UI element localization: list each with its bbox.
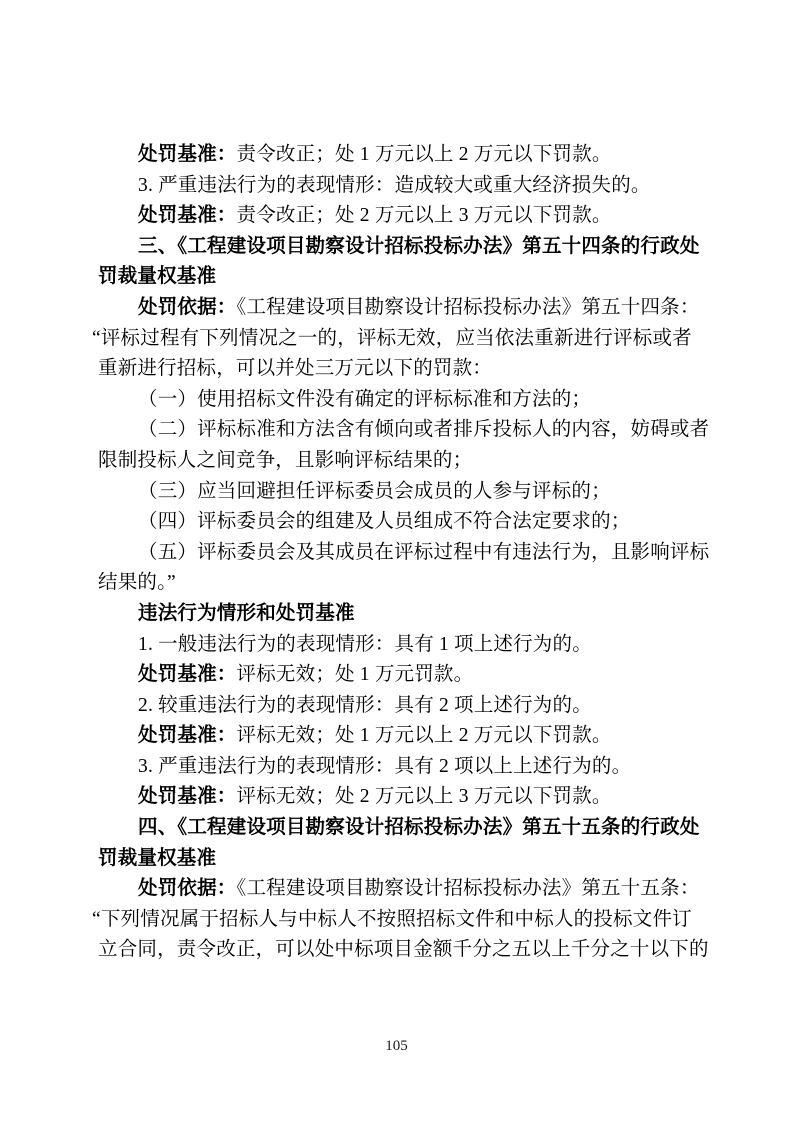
text-line: （五）评标委员会及其成员在评标过程中有违法行为，且影响评标 [98, 538, 698, 569]
bold-text-run: 罚裁量权基准 [98, 848, 216, 869]
text-line: （一）使用招标文件没有确定的评标标准和方法的； [98, 385, 698, 416]
text-line: 违法行为情形和处罚基准 [98, 599, 698, 630]
bold-text-run: 处罚基准： [138, 725, 237, 746]
bold-text-run: 处罚依据： [138, 297, 237, 318]
text-run: 结果的。” [98, 572, 176, 593]
bold-text-run: 三、《工程建设项目勘察设计招标投标办法》第五十四条的行政处 [138, 236, 700, 257]
text-line: 罚裁量权基准 [98, 262, 698, 293]
bold-text-run: 四、《工程建设项目勘察设计招标投标办法》第五十五条的行政处 [138, 817, 700, 838]
text-line: 立合同，责令改正，可以处中标项目金额千分之五以上千分之十以下的 [98, 935, 698, 966]
text-run: （五）评标委员会及其成员在评标过程中有违法行为，且影响评标 [138, 542, 709, 563]
bold-text-run: 违法行为情形和处罚基准 [138, 603, 355, 624]
text-run: 评标无效；处 2 万元以上 3 万元以下罚款。 [237, 786, 612, 807]
text-run: “评标过程有下列情况之一的，评标无效，应当依法重新进行评标或者 [92, 328, 692, 349]
bold-text-run: 处罚基准： [138, 205, 237, 226]
bold-text-run: 处罚基准： [138, 664, 237, 685]
text-line: 处罚基准：评标无效；处 2 万元以上 3 万元以下罚款。 [98, 782, 698, 813]
text-line: （三）应当回避担任评标委员会成员的人参与评标的； [98, 477, 698, 508]
text-line: “评标过程有下列情况之一的，评标无效，应当依法重新进行评标或者 [92, 324, 698, 355]
text-run: “下列情况属于招标人与中标人不按照招标文件和中标人的投标文件订 [92, 909, 692, 930]
text-line: （四）评标委员会的组建及人员组成不符合法定要求的； [98, 507, 698, 538]
text-line: 1. 一般违法行为的表现情形：具有 1 项上述行为的。 [98, 630, 698, 661]
text-run: 立合同，责令改正，可以处中标项目金额千分之五以上千分之十以下的 [98, 939, 709, 960]
text-run: 3. 严重违法行为的表现情形：造成较大或重大经济损失的。 [138, 175, 651, 196]
bold-text-run: 处罚基准： [138, 786, 237, 807]
document-page: 处罚基准：责令改正；处 1 万元以上 2 万元以下罚款。3. 严重违法行为的表现… [0, 0, 793, 1122]
text-run: 责令改正；处 2 万元以上 3 万元以下罚款。 [237, 205, 612, 226]
text-line: 限制投标人之间竞争，且影响评标结果的； [98, 446, 698, 477]
text-line: 处罚依据：《工程建设项目勘察设计招标投标办法》第五十五条： [98, 874, 698, 905]
text-line: 罚裁量权基准 [98, 844, 698, 875]
text-run: 评标无效；处 1 万元罚款。 [237, 664, 474, 685]
document-body: 处罚基准：责令改正；处 1 万元以上 2 万元以下罚款。3. 严重违法行为的表现… [98, 140, 698, 966]
text-run: 《工程建设项目勘察设计招标投标办法》第五十四条： [237, 297, 700, 318]
text-line: “下列情况属于招标人与中标人不按照招标文件和中标人的投标文件订 [92, 905, 698, 936]
text-run: （一）使用招标文件没有确定的评标标准和方法的； [138, 389, 591, 410]
text-run: （四）评标委员会的组建及人员组成不符合法定要求的； [138, 511, 631, 532]
page-number: 105 [0, 1036, 793, 1056]
text-line: 处罚基准：责令改正；处 2 万元以上 3 万元以下罚款。 [98, 201, 698, 232]
text-run: 1. 一般违法行为的表现情形：具有 1 项上述行为的。 [138, 634, 592, 655]
text-line: 3. 严重违法行为的表现情形：造成较大或重大经济损失的。 [98, 171, 698, 202]
text-run: 责令改正；处 1 万元以上 2 万元以下罚款。 [237, 144, 612, 165]
text-run: 限制投标人之间竞争，且影响评标结果的； [98, 450, 472, 471]
bold-text-run: 处罚依据： [138, 878, 237, 899]
text-run: 《工程建设项目勘察设计招标投标办法》第五十五条： [237, 878, 700, 899]
text-line: 三、《工程建设项目勘察设计招标投标办法》第五十四条的行政处 [98, 232, 698, 263]
text-line: （二）评标标准和方法含有倾向或者排斥投标人的内容，妨碍或者 [98, 415, 698, 446]
text-line: 2. 较重违法行为的表现情形：具有 2 项上述行为的。 [98, 691, 698, 722]
text-line: 处罚基准：责令改正；处 1 万元以上 2 万元以下罚款。 [98, 140, 698, 171]
bold-text-run: 罚裁量权基准 [98, 266, 216, 287]
bold-text-run: 处罚基准： [138, 144, 237, 165]
text-line: 处罚基准：评标无效；处 1 万元罚款。 [98, 660, 698, 691]
text-run: （二）评标标准和方法含有倾向或者排斥投标人的内容，妨碍或者 [138, 419, 709, 440]
text-line: 处罚基准：评标无效；处 1 万元以上 2 万元以下罚款。 [98, 721, 698, 752]
text-run: （三）应当回避担任评标委员会成员的人参与评标的； [138, 481, 611, 502]
text-run: 重新进行招标，可以并处三万元以下的罚款： [98, 358, 492, 379]
text-line: 3. 严重违法行为的表现情形：具有 2 项以上上述行为的。 [98, 752, 698, 783]
text-run: 3. 严重违法行为的表现情形：具有 2 项以上上述行为的。 [138, 756, 631, 777]
text-run: 评标无效；处 1 万元以上 2 万元以下罚款。 [237, 725, 612, 746]
text-line: 处罚依据：《工程建设项目勘察设计招标投标办法》第五十四条： [98, 293, 698, 324]
text-run: 2. 较重违法行为的表现情形：具有 2 项上述行为的。 [138, 695, 592, 716]
text-line: 四、《工程建设项目勘察设计招标投标办法》第五十五条的行政处 [98, 813, 698, 844]
text-line: 结果的。” [98, 568, 698, 599]
text-line: 重新进行招标，可以并处三万元以下的罚款： [98, 354, 698, 385]
